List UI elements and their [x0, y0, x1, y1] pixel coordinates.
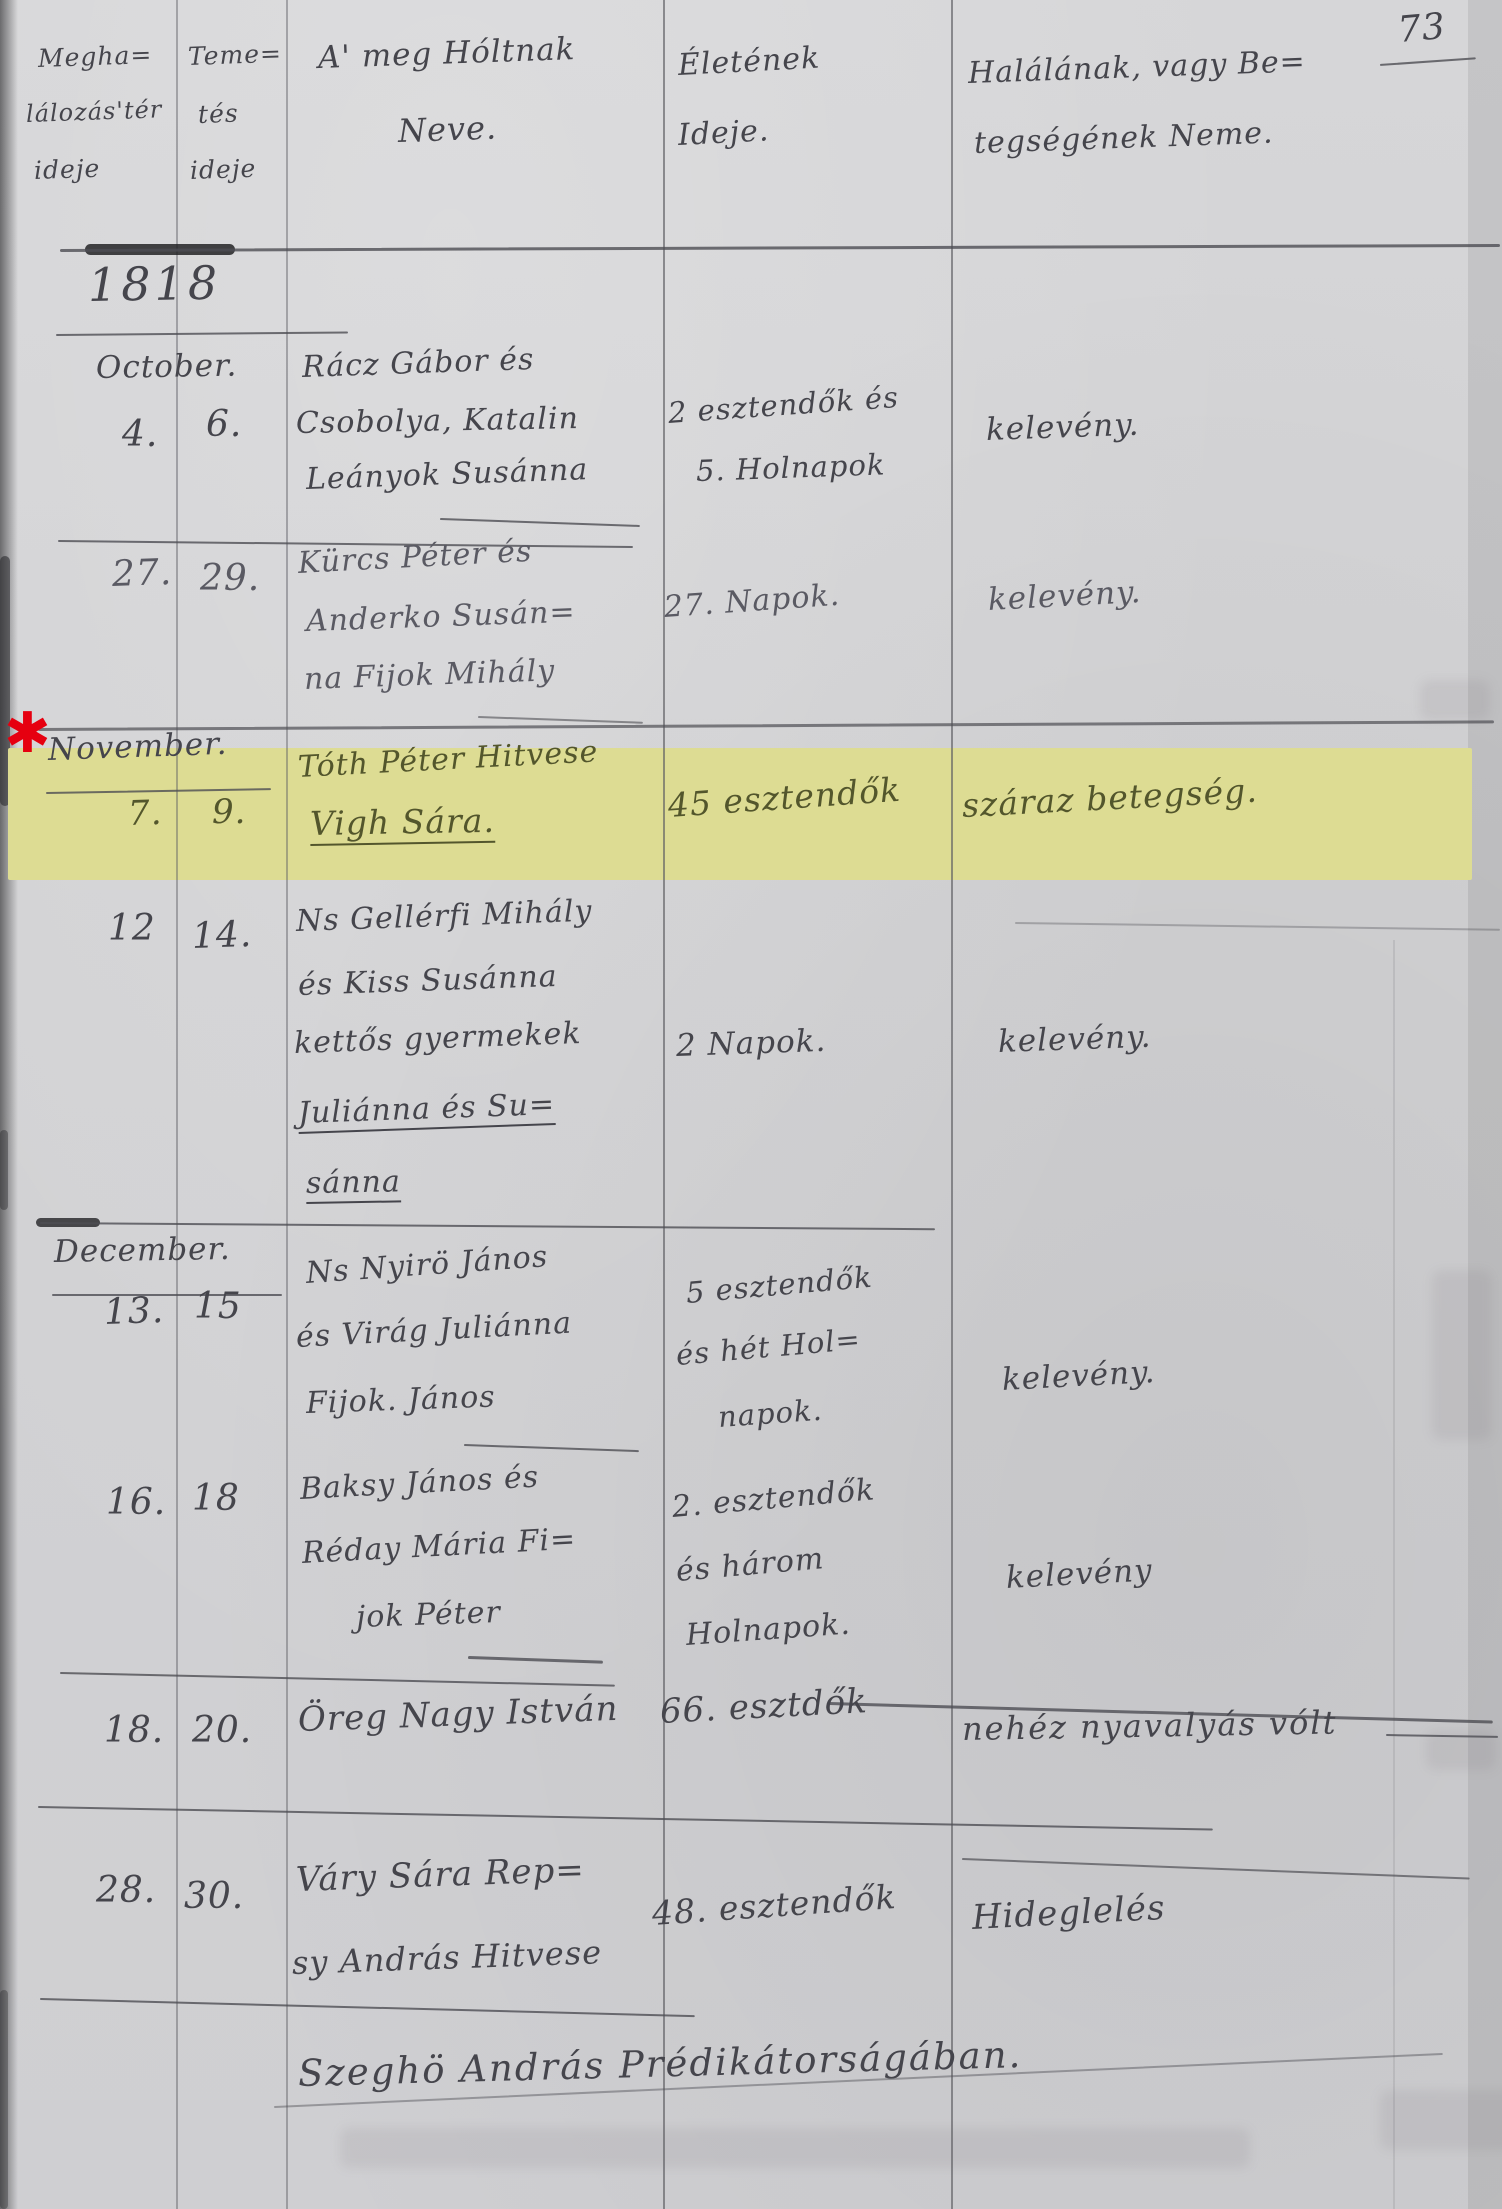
record-1-name-line-2: Csobolya, Katalin [296, 401, 580, 441]
record-8-age-line-1: 48. esztendők [651, 1877, 898, 1933]
record-6-cause: kelevény [1005, 1552, 1153, 1596]
record-1-death-day: 4. [122, 414, 158, 455]
record-3-death-day: 7. [127, 793, 163, 834]
record-1-cause: kelevény. [985, 407, 1140, 448]
header-rule [60, 244, 1500, 252]
column-divider-4 [951, 0, 953, 2209]
record-2-death-day: 27. [111, 552, 173, 595]
record-4-name-line-3: kettős gyermekek [293, 1016, 582, 1061]
bleedthrough-mark [1420, 680, 1490, 720]
name-underline [468, 1656, 603, 1664]
record-8-death-day: 28. [96, 1870, 156, 1911]
page-right-margin [1468, 0, 1502, 2209]
record-5-cause: kelevény. [1001, 1354, 1156, 1398]
record-6-age-line-3: Holnapok. [685, 1607, 852, 1653]
record-6-death-day: 16. [106, 1482, 166, 1523]
header-name-line-1: A' meg Hóltnak [317, 31, 576, 76]
header-death-date-line-1: Megha= [37, 40, 152, 73]
record-8-name-line-2: sy András Hitvese [291, 1933, 602, 1982]
record-2-name-line-2: Anderko Susán= [305, 595, 576, 639]
red-asterisk-annotation: ✱ [4, 706, 51, 762]
binding-shadow [0, 0, 18, 2209]
record-4-age-line-1: 2 Napok. [675, 1023, 827, 1064]
header-burial-line-2: tés [197, 99, 239, 129]
column-divider-3 [663, 0, 665, 2209]
header-cause-line-2: tegségének Neme. [973, 116, 1274, 161]
column-divider-1 [176, 0, 178, 2209]
header-name-line-2: Neve. [397, 109, 497, 150]
record-5-name-line-1: Ns Nyirö János [305, 1239, 549, 1291]
record-1-name-line-3: Leányok Susánna [305, 452, 588, 497]
record-4-cause: kelevény. [997, 1019, 1152, 1060]
record-1-name-line-1: Rácz Gábor és [301, 342, 535, 385]
edge-ink-smudge [0, 1130, 8, 1210]
record-1-age-line-1: 2 esztendők és [667, 380, 900, 430]
record-2-cause: kelevény. [987, 574, 1142, 618]
record-8-cause: Hideglelés [971, 1888, 1166, 1938]
record-5-age-line-2: és hét Hol= [675, 1322, 863, 1372]
record-8-burial-day: 30. [184, 1876, 244, 1917]
record-2-burial-day: 29. [200, 558, 260, 599]
name-underline [478, 716, 643, 724]
record-5-burial-day: 15 [194, 1286, 242, 1327]
header-cause-line-1: Halálának, vagy Be= [967, 44, 1306, 91]
name-underline [464, 1444, 639, 1452]
record-7-burial-day: 20. [192, 1710, 252, 1751]
record-5-age-line-1: 5 esztendők [685, 1260, 874, 1310]
record-5-name-line-2: és Virág Juliánna [295, 1306, 573, 1355]
bleedthrough-mark [1380, 2090, 1502, 2150]
header-death-date-line-2: lálozás'tér [26, 95, 163, 128]
record-6-name-line-1: Baksy János és [299, 1459, 540, 1506]
page-number-underline [1380, 57, 1476, 66]
record-3-name-line-2: Vigh Sára. [310, 801, 496, 843]
bleedthrough-mark [1432, 1270, 1492, 1440]
month-label-october: October. [96, 348, 238, 386]
record-5-age-line-3: napok. [717, 1393, 824, 1434]
name-underline [440, 518, 640, 527]
record-6-burial-day: 18 [192, 1478, 240, 1519]
record-2-age-line-1: 27. Napok. [663, 578, 841, 625]
record-6-age-line-2: és három [674, 1541, 825, 1589]
row-separator [38, 1806, 1213, 1831]
record-4-name-line-2: és Kiss Susánna [297, 959, 558, 1003]
edge-ink-smudge [0, 1990, 8, 2209]
record-1-age-line-2: 5. Holnapok [695, 447, 886, 488]
register-page-scan: 73 Megha= lálozás'tér ideje Teme= tés id… [0, 0, 1502, 2209]
record-6-name-line-2: Réday Mária Fi= [301, 1522, 577, 1571]
record-6-name-line-3: jok Péter [355, 1595, 501, 1635]
record-7-age-line-1: 66. esztdők [659, 1681, 869, 1732]
month-label-november: November. [47, 726, 228, 768]
row-separator [60, 1672, 615, 1687]
record-4-burial-day: 14. [191, 914, 253, 957]
footer-minister-note: Szeghö András Prédikátorságában. [297, 2033, 1022, 2095]
month-underline [52, 1294, 282, 1296]
month-label-december: December. [54, 1231, 231, 1270]
column-divider-faint [1393, 940, 1395, 2209]
record-2-name-line-1: Kürcs Péter és [297, 534, 533, 581]
year-underline [56, 331, 348, 336]
record-8-name-line-1: Váry Sára Rep= [295, 1850, 585, 1900]
record-4-death-day: 12 [108, 908, 156, 949]
header-burial-line-1: Teme= [187, 39, 282, 71]
row-separator [40, 1998, 695, 2017]
page-number: 73 [1396, 6, 1447, 51]
record-4-name-line-4: Juliánna és Su= [297, 1087, 555, 1131]
header-age-line-1: Életének [677, 41, 821, 83]
year-label: 1818 [88, 256, 222, 312]
bleedthrough-mark [340, 2128, 1250, 2168]
record-7-name-line-1: Öreg Nagy István [297, 1689, 619, 1740]
faint-rule [1015, 922, 1500, 931]
header-burial-line-3: ideje [189, 154, 256, 185]
record-1-burial-day: 6. [206, 404, 242, 445]
header-age-line-2: Ideje. [677, 113, 770, 153]
row-separator [40, 1222, 935, 1230]
record-4-name-line-1: Ns Gellérfi Mihály [295, 894, 593, 939]
record-7-death-day: 18. [104, 1710, 164, 1751]
record-6-age-line-1: 2. esztendők [670, 1472, 876, 1525]
record-5-name-line-3: Fijok. János [305, 1379, 496, 1421]
header-death-date-line-3: ideje [33, 154, 100, 185]
record-7-cause: nehéz nyavalyás vólt [962, 1703, 1338, 1748]
record-4-name-line-5: sánna [306, 1164, 401, 1201]
record-3-burial-day: 9. [212, 792, 246, 832]
record-5-death-day: 13. [103, 1290, 165, 1333]
strike-line [38, 720, 1494, 731]
record-2-name-line-3: na Fijok Mihály [303, 653, 555, 697]
